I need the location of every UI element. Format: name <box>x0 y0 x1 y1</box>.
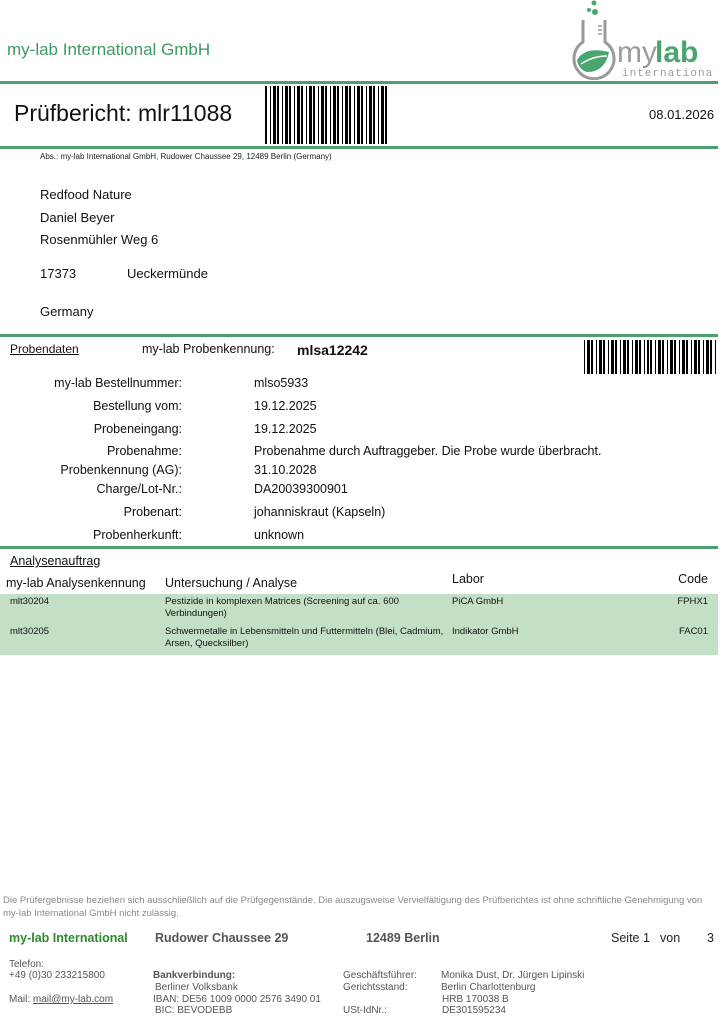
recipient-zip: 17373 <box>40 266 76 281</box>
footer-company: my-lab International <box>9 931 128 945</box>
page-label: Seite 1 <box>611 931 650 945</box>
bank-label: Bankverbindung: <box>153 970 235 982</box>
recipient-country: Germany <box>40 304 93 319</box>
field-value: mlso5933 <box>254 376 308 390</box>
cell-id: mlt30205 <box>10 626 49 638</box>
page-total: 3 <box>707 931 714 945</box>
footer-street: Rudower Chaussee 29 <box>155 931 288 945</box>
sample-section-title: Probendaten <box>10 342 79 356</box>
field-label: Probenahme: <box>107 444 182 458</box>
cell-lab: Indikator GmbH <box>452 626 519 638</box>
field-label: Bestellung vom: <box>93 399 182 413</box>
footer-city: 12489 Berlin <box>366 931 440 945</box>
field-label: Probenkennung (AG): <box>60 463 182 477</box>
table-row: mlt30204 Pestizide in komplexen Matrices… <box>0 594 718 625</box>
phone-number: +49 (0)30 233215800 <box>9 970 105 982</box>
field-value: 31.10.2028 <box>254 463 317 477</box>
bank-iban: IBAN: DE56 1009 0000 2576 3490 01 <box>153 994 321 1006</box>
recipient-city: Ueckermünde <box>127 266 208 281</box>
mail-label: Mail: <box>9 994 30 1005</box>
page-of: von <box>660 931 680 945</box>
ceo-label: Geschäftsführer: <box>343 970 417 982</box>
field-value: Probenahme durch Auftraggeber. Die Probe… <box>254 444 601 458</box>
field-label: my-lab Bestellnummer: <box>54 376 182 390</box>
court-value: Berlin Charlottenburg <box>441 982 536 994</box>
bank-name: Berliner Volksbank <box>155 982 238 994</box>
header-divider <box>0 81 718 84</box>
mail-row: Mail: mail@my-lab.com <box>9 994 113 1006</box>
sample-divider <box>0 334 718 337</box>
mail-link[interactable]: mail@my-lab.com <box>33 994 113 1005</box>
phone-label: Telefon: <box>9 959 44 971</box>
flask-leaf-icon: my lab international <box>565 0 715 80</box>
cell-analysis: Schwermetalle in Lebensmitteln und Futte… <box>165 626 450 650</box>
field-value: unknown <box>254 528 304 542</box>
sender-line: Abs.: my-lab International GmbH, Rudower… <box>40 152 332 161</box>
col-header-code: Code <box>678 572 708 586</box>
company-name: my-lab International GmbH <box>7 40 210 60</box>
report-title: Prüfbericht: mlr11088 <box>14 100 232 127</box>
field-label: Probenherkunft: <box>93 528 182 542</box>
cell-code: FPHX1 <box>677 596 708 608</box>
field-label: Charge/Lot-Nr.: <box>97 482 182 496</box>
svg-text:my: my <box>617 36 657 69</box>
field-label: Probeneingang: <box>94 422 182 436</box>
report-barcode <box>265 86 390 144</box>
hrb-value: HRB 170038 B <box>442 994 509 1006</box>
cell-id: mlt30204 <box>10 596 49 608</box>
disclaimer: Die Prüfergebnisse beziehen sich ausschl… <box>3 894 718 920</box>
recipient-street: Rosenmühler Weg 6 <box>40 232 158 247</box>
svg-text:international: international <box>622 68 715 80</box>
vat-value: DE301595234 <box>442 1005 506 1016</box>
table-row: mlt30205 Schwermetalle in Lebensmitteln … <box>0 625 718 655</box>
recipient-person: Daniel Beyer <box>40 210 114 225</box>
col-header-lab: Labor <box>452 572 484 586</box>
col-header-analysis: Untersuchung / Analyse <box>165 576 297 590</box>
sample-id-value: mlsa12242 <box>297 342 368 358</box>
field-value: 19.12.2025 <box>254 399 317 413</box>
vat-label: USt-IdNr.: <box>343 1005 387 1016</box>
col-header-id: my-lab Analysenkennung <box>6 576 146 590</box>
analysis-divider <box>0 546 718 549</box>
field-value: DA20039300901 <box>254 482 348 496</box>
sample-barcode <box>584 340 718 374</box>
mylab-logo: my lab international <box>565 0 715 80</box>
sample-id-label: my-lab Probenkennung: <box>142 342 275 356</box>
recipient-company: Redfood Nature <box>40 187 132 202</box>
analysis-section-title: Analysenauftrag <box>10 554 100 568</box>
court-label: Gerichtsstand: <box>343 982 407 994</box>
field-value: johanniskraut (Kapseln) <box>254 505 385 519</box>
title-divider <box>0 146 718 149</box>
cell-analysis: Pestizide in komplexen Matrices (Screeni… <box>165 596 445 620</box>
field-value: 19.12.2025 <box>254 422 317 436</box>
cell-lab: PiCA GmbH <box>452 596 503 608</box>
cell-code: FAC01 <box>679 626 708 638</box>
field-label: Probenart: <box>124 505 182 519</box>
ceo-names: Monika Dust, Dr. Jürgen Lipinski <box>441 970 584 982</box>
report-date: 08.01.2026 <box>649 107 714 122</box>
svg-text:lab: lab <box>655 36 698 69</box>
bank-bic: BIC: BEVODEBB <box>155 1005 232 1016</box>
